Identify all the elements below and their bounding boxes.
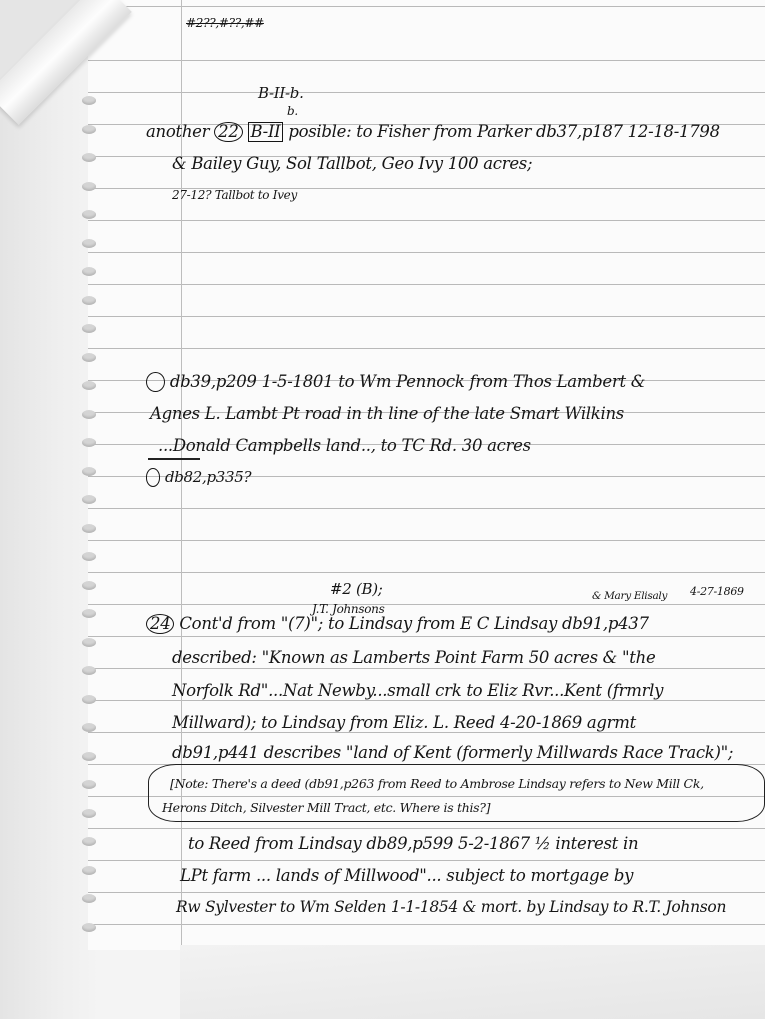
entry-2-text: db39,p209 1-5-1801 to Wm Pennock from Th…	[170, 372, 645, 391]
entry-24-insert-above: #2 (B);	[330, 580, 383, 598]
note-line-2: Herons Ditch, Silvester Mill Tract, etc.…	[162, 800, 490, 815]
spiral-hole	[82, 638, 96, 647]
entry-2-line-3: ...Donald Campbells land.., to TC Rd. 30…	[158, 436, 531, 455]
entry-22-line-2: & Bailey Guy, Sol Tallbot, Geo Ivy 100 a…	[172, 154, 532, 173]
spiral-hole	[82, 837, 96, 846]
spiral-hole	[82, 695, 96, 704]
spiral-hole	[82, 381, 96, 390]
spiral-hole	[82, 324, 96, 333]
spiral-hole	[82, 723, 96, 732]
entry-number-circle-24: 24	[146, 614, 174, 634]
spiral-hole	[82, 866, 96, 875]
entry-blank-circle	[146, 372, 165, 392]
continuation-line-3: Rw Sylvester to Wm Selden 1-1-1854 & mor…	[176, 898, 726, 916]
spiral-hole	[82, 581, 96, 590]
entry-tag-box: B-II	[248, 122, 284, 142]
spiral-hole	[82, 267, 96, 276]
spiral-hole	[82, 923, 96, 932]
entry-small-circle	[146, 468, 160, 487]
entry-2-line-4: db82,p335?	[146, 468, 251, 487]
entry-24-line-5: db91,p441 describes "land of Kent (forme…	[172, 743, 733, 762]
spiral-hole	[82, 666, 96, 675]
underline-mark	[148, 458, 200, 460]
note-line-1: [Note: There's a deed (db91,p263 from Re…	[170, 776, 704, 791]
spiral-hole	[82, 524, 96, 533]
spiral-hole	[82, 96, 96, 105]
continuation-line-2: LPt farm ... lands of Millwood"... subje…	[180, 866, 633, 885]
entry-text: posible: to Fisher from Parker db37,p187…	[288, 122, 719, 141]
entry-2-line-1: db39,p209 1-5-1801 to Wm Pennock from Th…	[146, 372, 645, 392]
entry-24-insert-mary: & Mary Elisaly	[592, 590, 667, 602]
entry-prefix: another	[146, 122, 209, 141]
spiral-hole	[82, 438, 96, 447]
section-heading: B-II-b.	[258, 84, 304, 102]
spiral-hole	[82, 182, 96, 191]
continuation-line-1: to Reed from Lindsay db89,p599 5-2-1867 …	[188, 834, 638, 853]
entry-24-line-3: Norfolk Rd"...Nat Newby...small crk to E…	[172, 681, 663, 700]
entry-22-line-3: 27-12? Tallbot to Ivey	[172, 188, 297, 202]
entry-2-line-2: Agnes L. Lambt Pt road in th line of the…	[150, 404, 624, 423]
struck-top-note: #2??,#??,##	[186, 16, 264, 30]
spiral-hole	[82, 410, 96, 419]
entry-22-line-1: another 22 B-II posible: to Fisher from …	[146, 122, 720, 142]
spiral-hole	[82, 210, 96, 219]
entry-24-text: Cont'd from "(7)"; to Lindsay from E C L…	[179, 614, 648, 633]
spiral-hole	[82, 752, 96, 761]
spiral-hole	[82, 353, 96, 362]
spiral-hole	[82, 239, 96, 248]
spiral-hole	[82, 296, 96, 305]
spiral-hole	[82, 809, 96, 818]
spiral-hole	[82, 609, 96, 618]
entry-24-line-1: 24 Cont'd from "(7)"; to Lindsay from E …	[146, 614, 649, 634]
spiral-hole	[82, 780, 96, 789]
spiral-hole	[82, 552, 96, 561]
entry-2-ref: db82,p335?	[165, 468, 251, 486]
entry-24-insert-date: 4-27-1869	[690, 585, 744, 598]
paper-bottom-edge	[180, 945, 765, 1019]
entry-number-circle: 22	[214, 122, 242, 142]
spiral-hole	[82, 125, 96, 134]
entry-box-superscript: b.	[287, 104, 298, 118]
spiral-hole	[82, 894, 96, 903]
spiral-hole	[82, 153, 96, 162]
entry-24-line-2: described: "Known as Lamberts Point Farm…	[172, 648, 655, 667]
spiral-hole	[82, 467, 96, 476]
spiral-hole	[82, 495, 96, 504]
entry-24-line-4: Millward); to Lindsay from Eliz. L. Reed…	[172, 713, 636, 732]
